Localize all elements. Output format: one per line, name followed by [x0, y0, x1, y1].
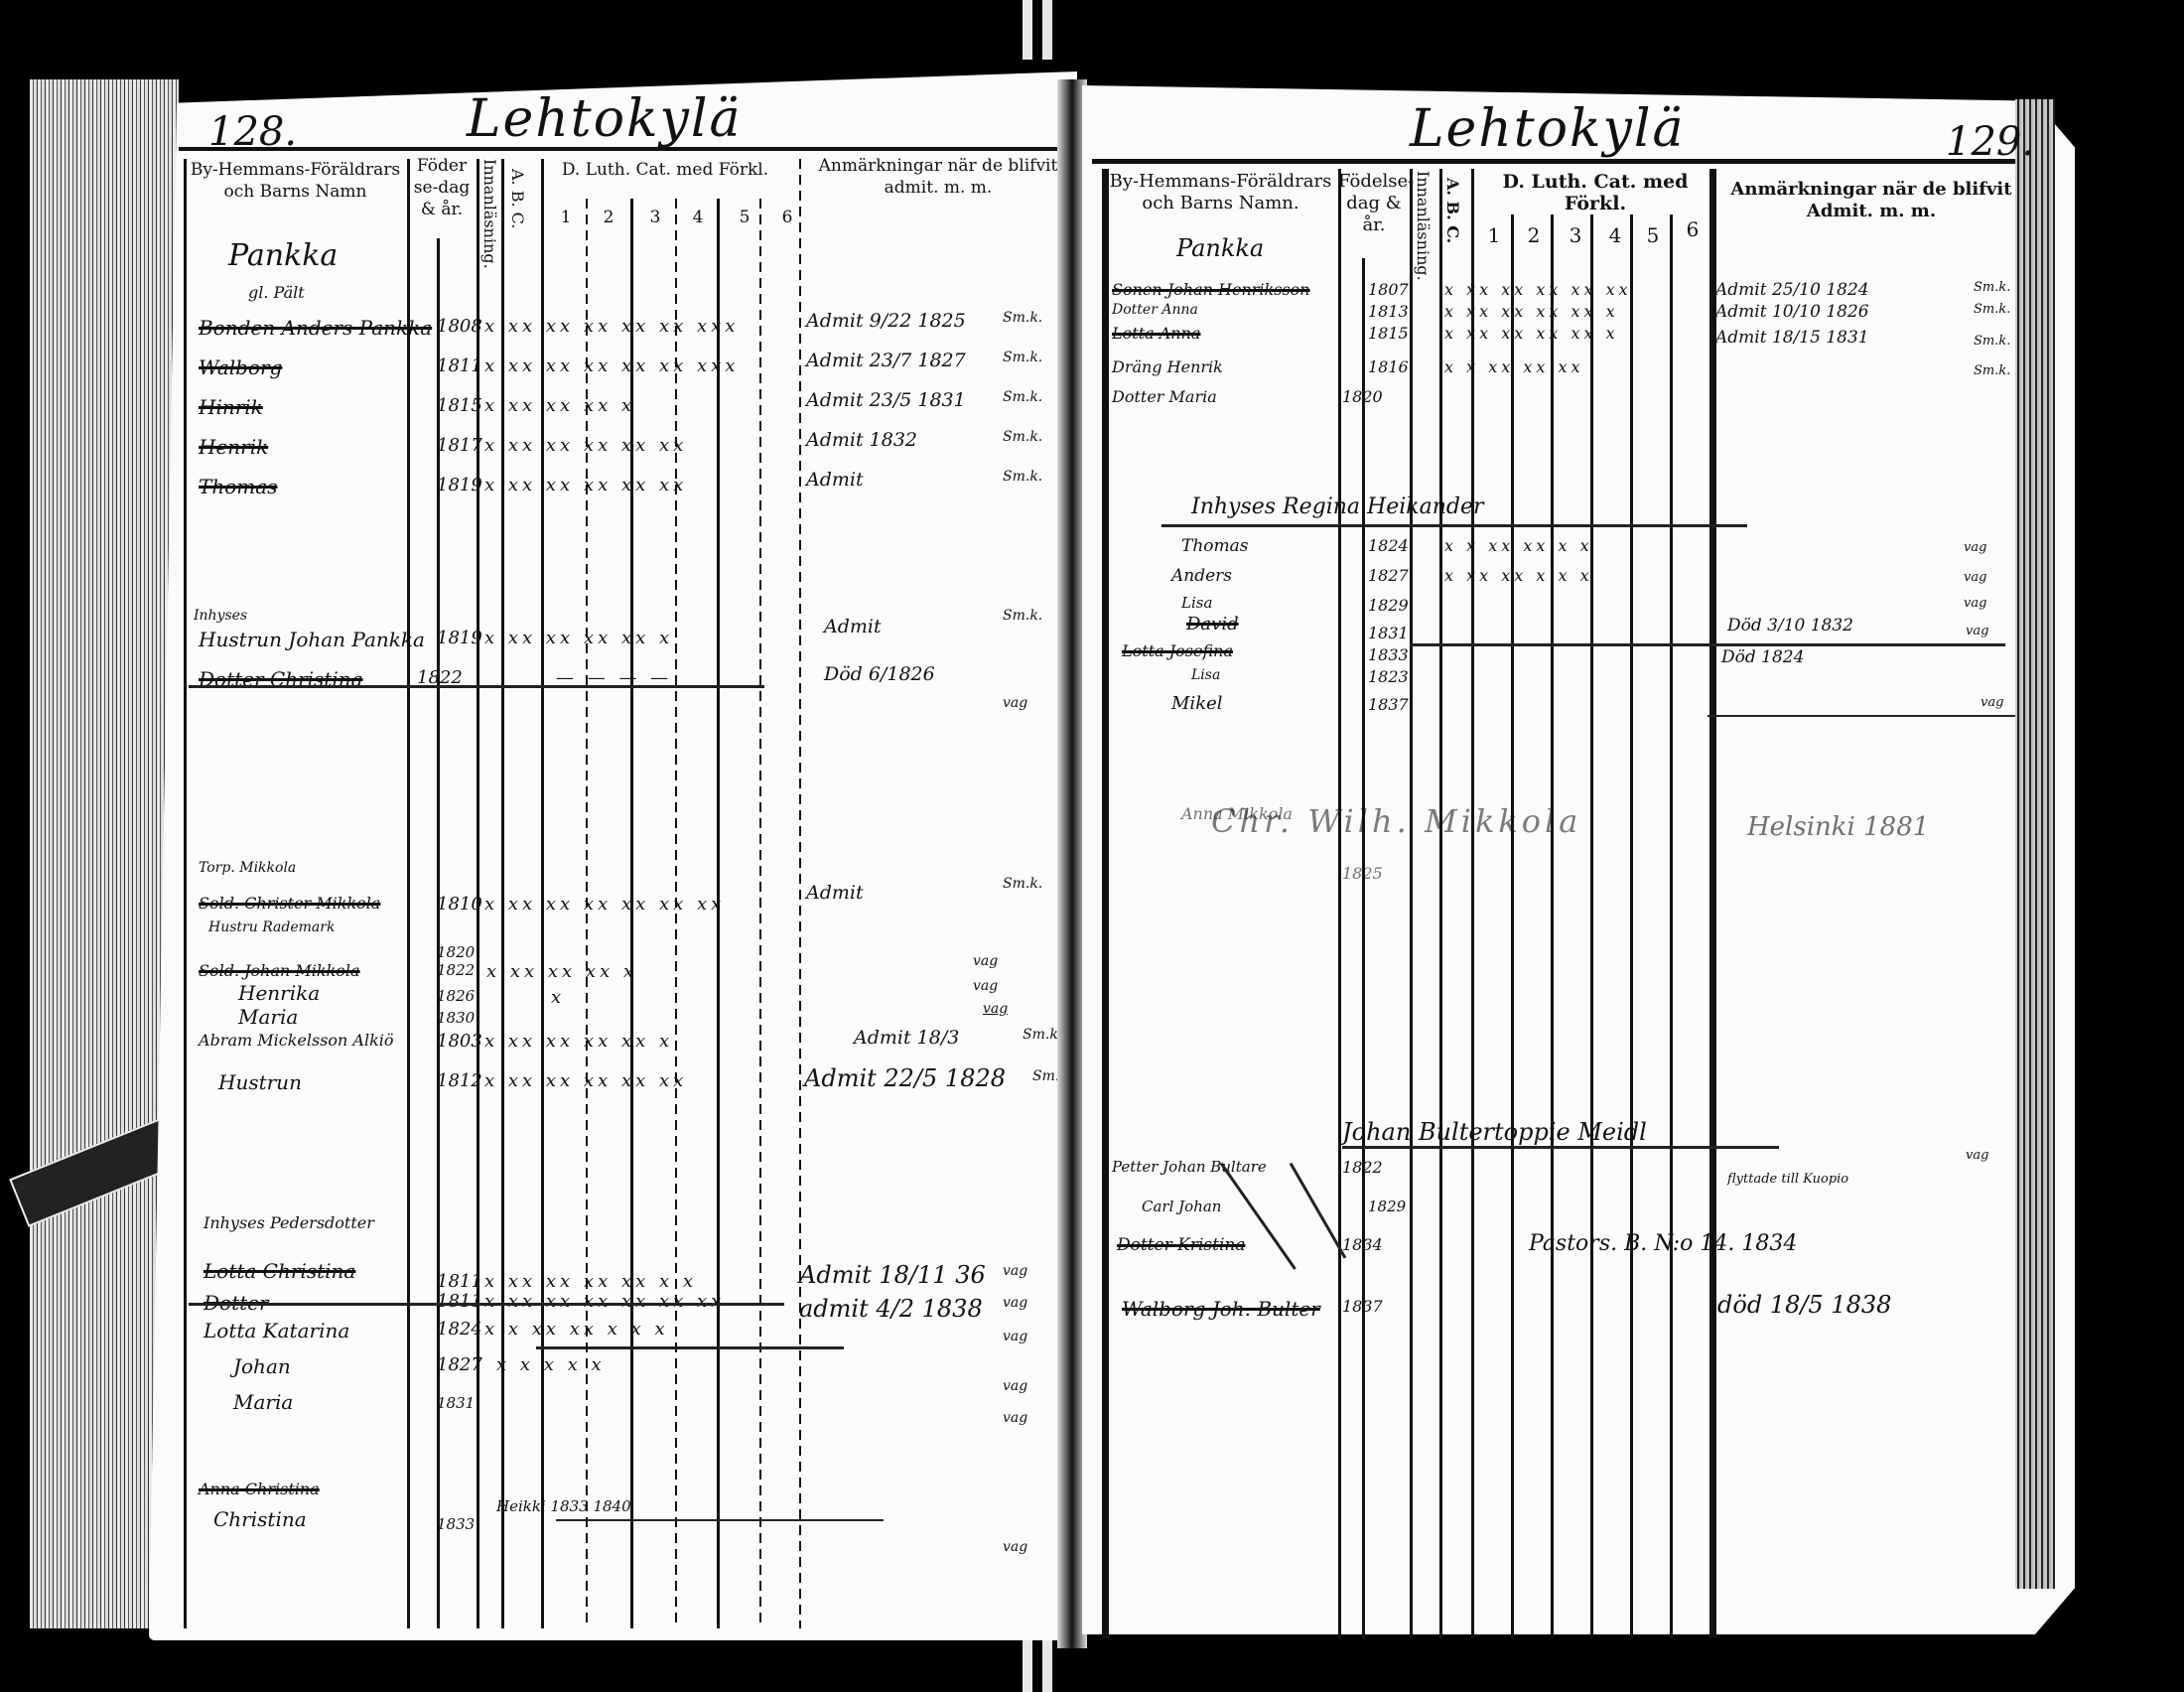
left-page-title: Lehtokylä: [467, 89, 743, 149]
entry-year: 1830: [437, 1009, 475, 1027]
entry-sign: Sm.k.: [1003, 876, 1042, 892]
entry-name: Carl Johan: [1142, 1198, 1221, 1215]
entry-year: 1811: [437, 1271, 482, 1292]
entry-marks: x xx xx xx xx x: [1444, 324, 1619, 343]
entry-name: Hustrun Johan Pankka: [199, 628, 425, 651]
spine-mark: [1042, 1638, 1052, 1692]
entry-year: 1837: [1342, 1297, 1383, 1316]
entry-note: Admit 18/11 36: [799, 1261, 986, 1289]
entry-marks: x xx xx xx xx x x: [484, 1271, 697, 1292]
entry-name: Christina: [213, 1507, 307, 1531]
entry-sign: Sm.k.: [1974, 302, 2010, 317]
entry-marks: x xx xx xx xx xx xx: [484, 894, 725, 915]
entry-name: Hinrik: [199, 395, 263, 419]
household-head: Inhyses: [194, 608, 247, 624]
entry-sign: vag: [1003, 1263, 1027, 1279]
entry-note: Admit 10/10 1826: [1715, 302, 1869, 322]
entry-sign: Sm.k.: [1974, 334, 2010, 349]
entry-note: Död 6/1826: [824, 663, 935, 685]
entry-name: Petter Johan Bultare: [1112, 1158, 1267, 1176]
strike-line: [189, 685, 764, 688]
entry-marks: x xx xx xx xx xx xxx: [484, 355, 739, 376]
entry-sign: Sm.k.: [1974, 363, 2010, 378]
entry-year: 1831: [437, 1394, 475, 1412]
entry-note: Heikki 1833 1840: [496, 1497, 631, 1515]
entry-name: Anders: [1171, 566, 1232, 586]
entry-name: Dotter Anna: [1112, 302, 1198, 318]
entry-name: Sold. Johan Mikkola: [199, 961, 360, 980]
entry-year: 1831: [1368, 624, 1409, 642]
entry-marks: x x x x x: [496, 1354, 606, 1375]
entry-year: 1820: [437, 943, 475, 961]
entry-marks: x xx xx xx xx xx: [484, 475, 687, 495]
entry-name: Dotter Maria: [1112, 387, 1217, 406]
entry-marks: x: [551, 987, 565, 1008]
entry-sign: Sm.k.: [1003, 310, 1042, 326]
entry-name: Henrika: [238, 981, 320, 1005]
entry-sign: vag: [973, 953, 998, 969]
entry-name: Johan: [233, 1354, 291, 1378]
entry-marks: x x xx xx x x: [1444, 536, 1593, 555]
entry-name: Lotta Katarina: [204, 1319, 349, 1342]
entry-sign: vag: [1964, 596, 1986, 611]
column-line: [1630, 214, 1633, 1638]
entry-year: 1824: [437, 1319, 482, 1339]
entry-year: 1803: [437, 1031, 482, 1052]
right-page-stack-edge: [2015, 99, 2055, 1589]
entry-name: Henrik: [199, 435, 268, 459]
entry-year: 1822: [437, 961, 475, 979]
entry-note: Admit 18/15 1831: [1715, 328, 1869, 348]
abc-header: A. B. C.: [1441, 171, 1463, 250]
cat-col-2: 2: [594, 207, 623, 228]
entry-note: död 18/5 1838: [1717, 1291, 1891, 1319]
household-head: Torp. Mikkola: [199, 860, 296, 876]
birth-column-header: Föder se-dag & år.: [407, 155, 477, 220]
entry-note: flyttade till Kuopio: [1727, 1172, 1848, 1187]
entry-year: 1817: [437, 435, 482, 456]
entry-name: Abram Mickelsson Alkiö: [199, 1031, 394, 1050]
entry-marks: x xx xx xx xx xx xxx: [484, 316, 739, 337]
abc-header: A. B. C.: [506, 159, 528, 238]
household-head: Pankka: [1176, 234, 1264, 262]
entry-marks: x xx xx xx xx xx: [1444, 280, 1632, 299]
entry-year: 1829: [1368, 596, 1409, 615]
entry-marks: x xx xx xx xx xx: [484, 435, 687, 456]
entry-note: admit 4/2 1838: [799, 1295, 983, 1323]
column-line: [1471, 169, 1474, 1638]
entry-sign: vag: [1003, 1329, 1027, 1344]
entry-sign: vag: [1003, 1539, 1027, 1555]
underline: [1707, 715, 2015, 717]
entry-year: 1808: [437, 316, 482, 337]
cat-col-4: 4: [683, 207, 713, 228]
entry-sign: Sm.k.: [1003, 350, 1042, 365]
entry-year: 1812: [437, 1070, 482, 1091]
catechism-header: D. Luth. Cat. med Förkl.: [541, 159, 789, 181]
entry-name: Maria: [238, 1005, 298, 1029]
cat-col-1: 1: [1479, 224, 1509, 246]
household-sub: gl. Pält: [248, 283, 305, 302]
entry-sign: vag: [1966, 1148, 1988, 1163]
entry-note: Admit: [806, 882, 864, 904]
entry-sign: vag: [1966, 624, 1988, 638]
entry-year: 1816: [1368, 357, 1409, 376]
innanlasning-header: Innanläsning.: [1412, 171, 1433, 250]
column-line: [184, 159, 187, 1628]
entry-marks: x xx xx xx x: [484, 395, 635, 416]
entry-note: Admit 9/22 1825: [806, 310, 966, 332]
entry-name: Thomas: [1181, 536, 1249, 556]
birth-column-header: Födelse-dag & år.: [1338, 171, 1410, 236]
underline: [1342, 1146, 1779, 1149]
entry-sign: Sm.k.: [1974, 280, 2010, 295]
entry-sign: vag: [1964, 570, 1986, 585]
entry-name: Mikel: [1171, 693, 1223, 714]
underline: [1161, 524, 1747, 527]
right-page-title: Lehtokylä: [1410, 99, 1686, 159]
entry-year: 1834: [1342, 1235, 1383, 1254]
entry-marks: x xx xx xx xx x: [484, 1031, 673, 1052]
column-line: [1511, 214, 1514, 1638]
column-line: [1410, 169, 1413, 1638]
spine-mark: [1042, 0, 1052, 60]
entry-note: Admit 22/5 1828: [804, 1064, 1006, 1092]
entry-year: 1820: [1342, 387, 1383, 406]
entry-year: 1833: [437, 1515, 475, 1533]
entry-name: Lotta Anna: [1112, 324, 1200, 343]
cat-col-1: 1: [551, 207, 581, 228]
strike-line: [556, 1519, 884, 1521]
entry-note: Admit: [806, 469, 864, 491]
entry-sign: vag: [1003, 695, 1027, 711]
strike-line: [1410, 643, 2005, 646]
entry-sign: vag: [1980, 695, 2003, 710]
column-line: [1670, 214, 1673, 1638]
names-column-header: By-Hemmans-Föräldrars och Barns Namn: [184, 159, 407, 203]
entry-sign: vag: [1964, 540, 1986, 555]
entry-note: Död 1824: [1721, 647, 1804, 667]
entry-name: Lotta Christina: [204, 1259, 355, 1283]
entry-name: Maria: [233, 1390, 293, 1414]
entry-year: 1810: [437, 894, 482, 915]
entry-name: Hustru Rademark: [208, 919, 335, 935]
entry-year: 1815: [437, 395, 482, 416]
entry-year: 1815: [1368, 324, 1409, 343]
household-head: Johan Bultertoppie Meidl: [1342, 1118, 1647, 1146]
entry-sign: vag: [983, 1001, 1008, 1017]
entry-year: 1807: [1368, 280, 1409, 299]
entry-note: Admit 1832: [806, 429, 917, 451]
entry-marks: x xx xx xx xx x: [484, 628, 673, 648]
cat-col-6: 6: [772, 207, 802, 228]
column-line: [1551, 214, 1554, 1638]
entry-year: 1813: [1368, 302, 1409, 321]
column-line: [1102, 169, 1109, 1638]
names-column-header: By-Hemmans-Föräldrars och Barns Namn.: [1104, 171, 1337, 214]
entry-marks: x xx xx xx x: [486, 961, 637, 982]
cat-col-5: 5: [730, 207, 759, 228]
entry-note: Admit 23/7 1827: [806, 350, 966, 371]
column-line: [759, 199, 761, 1628]
remarks-header: Anmärkningar när de blifvit admit. m. m.: [814, 155, 1062, 199]
entry-note: Admit: [824, 616, 882, 637]
entry-name: Dräng Henrik: [1112, 357, 1223, 376]
entry-year: 1822: [1342, 1158, 1383, 1177]
entry-year: 1819: [437, 628, 482, 648]
entry-note: Pastors. B. N:o 14. 1834: [1529, 1231, 1797, 1256]
entry-name: Walborg Joh. Bulter: [1122, 1297, 1320, 1321]
household-head: Anna Christina: [199, 1480, 320, 1498]
entry-sign: vag: [1003, 1410, 1027, 1426]
entry-name: Chr. Wilh. Mikkola: [1211, 802, 1581, 840]
cat-col-2: 2: [1519, 224, 1549, 246]
spine-mark: [1023, 1638, 1032, 1692]
innanlasning-header: Innanläsning.: [478, 159, 500, 238]
column-line: [1362, 258, 1365, 1638]
strike-line: [536, 1346, 844, 1349]
entry-note: Admit 18/3: [854, 1027, 959, 1049]
cat-col-5: 5: [1638, 224, 1668, 246]
entry-name: Bonden Anders Pankka: [199, 316, 432, 340]
entry-name: Sold. Christer Mikkola: [199, 894, 380, 913]
entry-marks: x xx xx xx xx x: [1444, 302, 1619, 321]
entry-year: 1823: [1368, 667, 1409, 686]
header-rule: [179, 147, 1067, 151]
entry-note: Helsinki 1881: [1747, 812, 1929, 842]
household-head: Pankka: [228, 238, 338, 273]
entry-year: 1827: [1368, 566, 1409, 585]
entry-name: Dotter Kristina: [1117, 1235, 1245, 1255]
entry-marks: x x xx xx x x x: [484, 1319, 669, 1339]
column-line: [799, 159, 801, 1628]
entry-name: Lisa: [1181, 594, 1212, 612]
cat-col-4: 4: [1600, 224, 1630, 246]
entry-name: Sonen Johan Henriksson: [1112, 280, 1310, 299]
entry-year: 1837: [1368, 695, 1409, 714]
column-line: [1590, 214, 1593, 1638]
strike-line: [189, 1303, 784, 1306]
cat-col-3: 3: [640, 207, 670, 228]
entry-sign: Sm.k.: [1003, 429, 1042, 445]
remarks-header: Anmärkningar när de blifvit Admit. m. m.: [1727, 179, 2015, 222]
entry-sign: Sm.k.: [1003, 608, 1042, 624]
entry-marks: x xx xx xx xx xx: [484, 1070, 687, 1091]
entry-marks: x x xx xx xx: [1444, 357, 1584, 376]
entry-name: Lotta Josefina: [1122, 641, 1233, 660]
entry-name: Walborg: [199, 355, 282, 379]
entry-name: Thomas: [199, 475, 277, 498]
entry-year: 1824: [1368, 536, 1409, 555]
entry-year: 1811: [437, 355, 482, 376]
spine-mark: [1023, 0, 1032, 60]
entry-name: David: [1186, 614, 1239, 634]
entry-marks: x xx xx xx xx xx xx: [484, 1291, 725, 1312]
catechism-header: D. Luth. Cat. med Förkl.: [1471, 171, 1719, 214]
column-line: [1439, 169, 1442, 1638]
household-head: Inhyses Regina Heikander: [1191, 494, 1484, 519]
entry-marks: x xx xx x x x: [1444, 566, 1593, 585]
header-rule: [1092, 159, 2015, 164]
entry-year: 1811: [437, 1291, 482, 1312]
entry-year: 1819: [437, 475, 482, 495]
entry-note: Admit 23/5 1831: [806, 389, 966, 411]
entry-name: Hustrun: [218, 1070, 302, 1094]
cat-col-6: 6: [1678, 218, 1707, 240]
household-head: Inhyses Pedersdotter: [204, 1213, 374, 1232]
column-line: [407, 159, 410, 1628]
entry-year: 1827: [437, 1354, 482, 1375]
entry-note: Död 3/10 1832: [1727, 616, 1853, 635]
entry-year: 1826: [437, 987, 475, 1005]
entry-sign: vag: [1003, 1378, 1027, 1394]
entry-note: Admit 25/10 1824: [1715, 280, 1869, 300]
column-line: [1709, 169, 1716, 1638]
entry-year: 1833: [1368, 645, 1409, 664]
entry-sign: Sm.k.: [1003, 389, 1042, 405]
entry-year: 1825: [1342, 864, 1383, 883]
entry-name: Lisa: [1191, 667, 1220, 683]
cat-col-3: 3: [1561, 224, 1590, 246]
entry-year: 1829: [1368, 1198, 1406, 1215]
entry-sign: vag: [1003, 1295, 1027, 1311]
column-line: [1338, 169, 1341, 1638]
entry-sign: vag: [973, 978, 998, 994]
entry-sign: Sm.k.: [1003, 469, 1042, 485]
